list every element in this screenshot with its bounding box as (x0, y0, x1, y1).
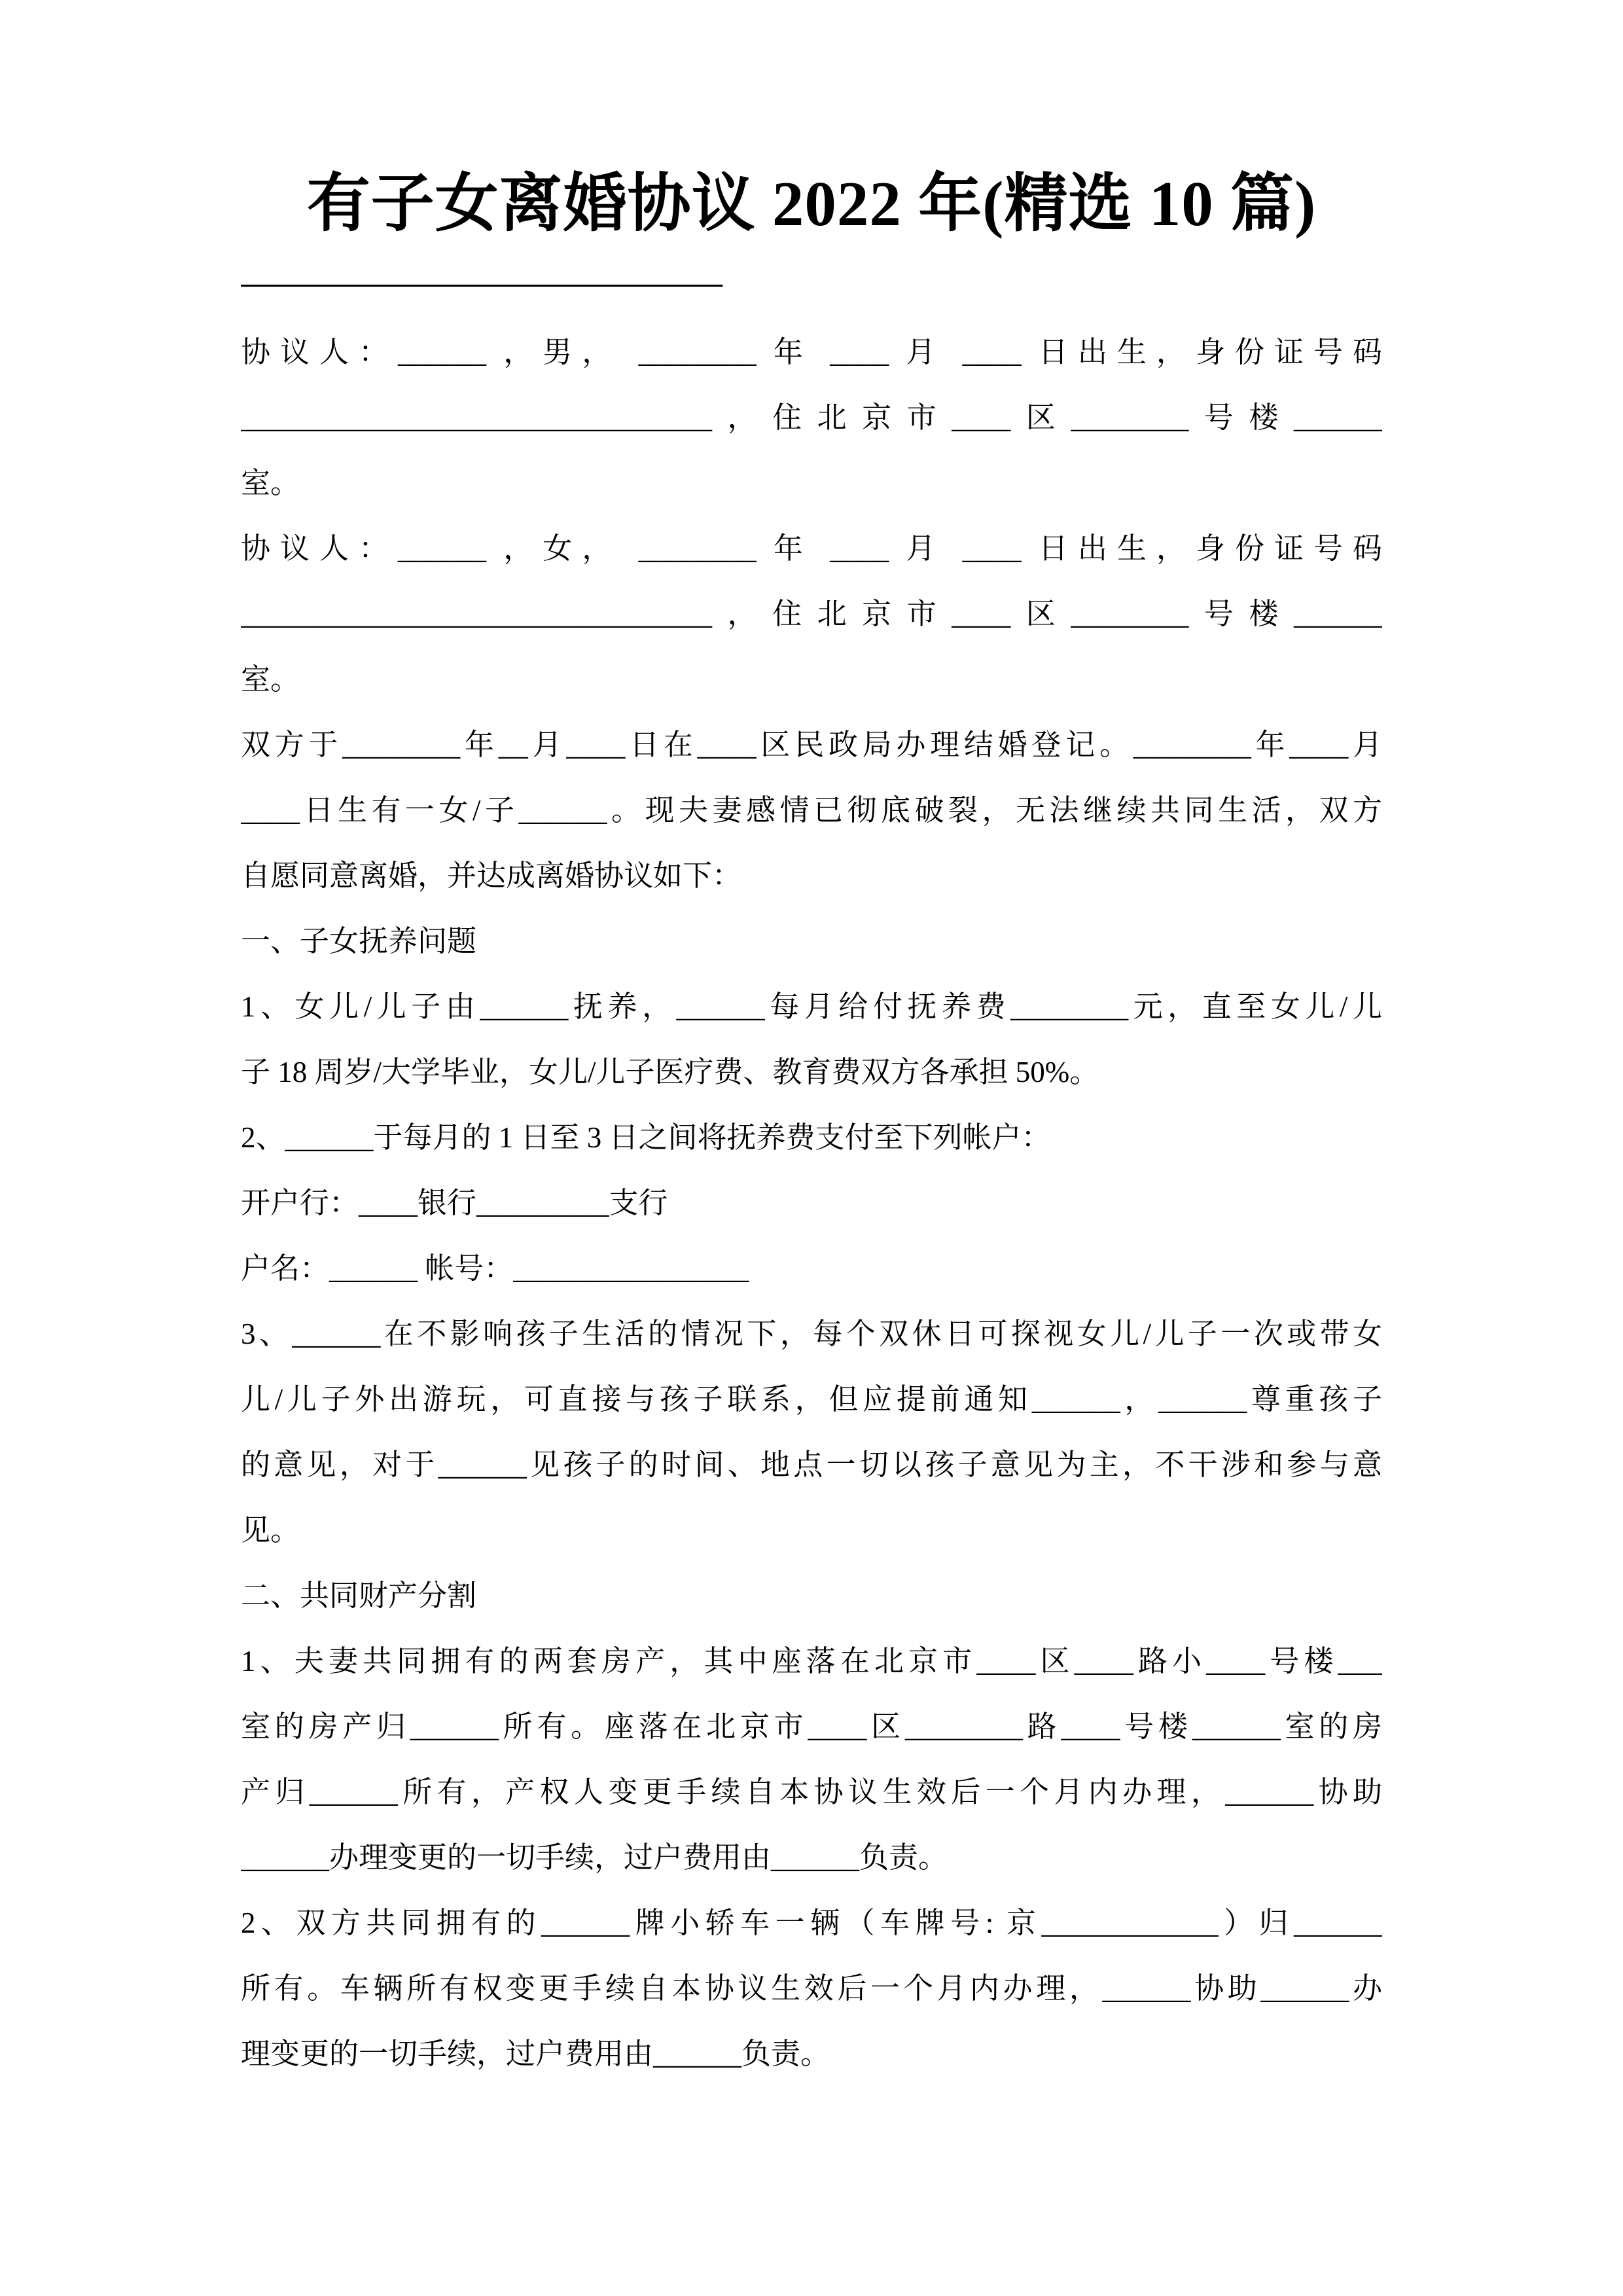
document-line: ________________________________，住北京市___… (241, 385, 1382, 450)
document-line: 1、夫妻共同拥有的两套房产，其中座落在北京市____区____路小____号楼_… (241, 1628, 1382, 1694)
document-line: 协议人：______ ，男， ________ 年 ____ 月 ____ 日出… (241, 319, 1382, 385)
document-line: 儿/儿子外出游玩，可直接与孩子联系，但应提前通知______，______尊重孩… (241, 1367, 1382, 1432)
document-line: 二、共同财产分割 (241, 1563, 1382, 1628)
document-line: 的意见，对于______见孩子的时间、地点一切以孩子意见为主，不干涉和参与意 (241, 1432, 1382, 1498)
document-line: 产归______所有，产权人变更手续自本协议生效后一个月内办理，______协助 (241, 1759, 1382, 1825)
document-line: 见。 (241, 1498, 1382, 1563)
document-line: 开户行：____银行_________支行 (241, 1170, 1382, 1236)
document-line: 自愿同意离婚，并达成离婚协议如下： (241, 843, 1382, 908)
document-line: ________________________________，住北京市___… (241, 581, 1382, 647)
document-line: 2、双方共同拥有的______牌小轿车一辆（车牌号: 京____________… (241, 1890, 1382, 1956)
document-line: 室。 (241, 450, 1382, 516)
document-line: 协议人：______ ，女， ________ 年 ____ 月 ____ 日出… (241, 516, 1382, 581)
document-line: 理变更的一切手续，过户费用由______负责。 (241, 2021, 1382, 2087)
document-line: 1、女儿/儿子由______抚养，______每月给付抚养费________元，… (241, 974, 1382, 1039)
document-body: 协议人：______ ，男， ________ 年 ____ 月 ____ 日出… (241, 319, 1382, 2087)
document-line: 双方于________年__月____日在____区民政局办理结婚登记。____… (241, 712, 1382, 778)
document-line: 室的房产归______所有。座落在北京市____区________路____号楼… (241, 1694, 1382, 1759)
document-page: 有子女离婚协议 2022 年(精选 10 篇) ————————————————… (0, 0, 1623, 2296)
document-line: 一、子女抚养问题 (241, 908, 1382, 974)
document-line: 所有。车辆所有权变更手续自本协议生效后一个月内办理，______协助______… (241, 1956, 1382, 2021)
document-line: 2、______于每月的 1 日至 3 日之间将抚养费支付至下列帐户： (241, 1105, 1382, 1170)
document-line: ____日生有一女/子______。现夫妻感情已彻底破裂，无法继续共同生活，双方 (241, 778, 1382, 843)
document-line: 子 18 周岁/大学毕业，女儿/儿子医疗费、教育费双方各承担 50%。 (241, 1039, 1382, 1105)
document-line: 3、______在不影响孩子生活的情况下，每个双休日可探视女儿/儿子一次或带女 (241, 1301, 1382, 1367)
separator-line: ———————————————— (241, 246, 1382, 319)
document-title: 有子女离婚协议 2022 年(精选 10 篇) (241, 162, 1382, 246)
document-line: 室。 (241, 647, 1382, 712)
document-line: ______办理变更的一切手续，过户费用由______负责。 (241, 1825, 1382, 1890)
document-line: 户名：______ 帐号：________________ (241, 1236, 1382, 1301)
